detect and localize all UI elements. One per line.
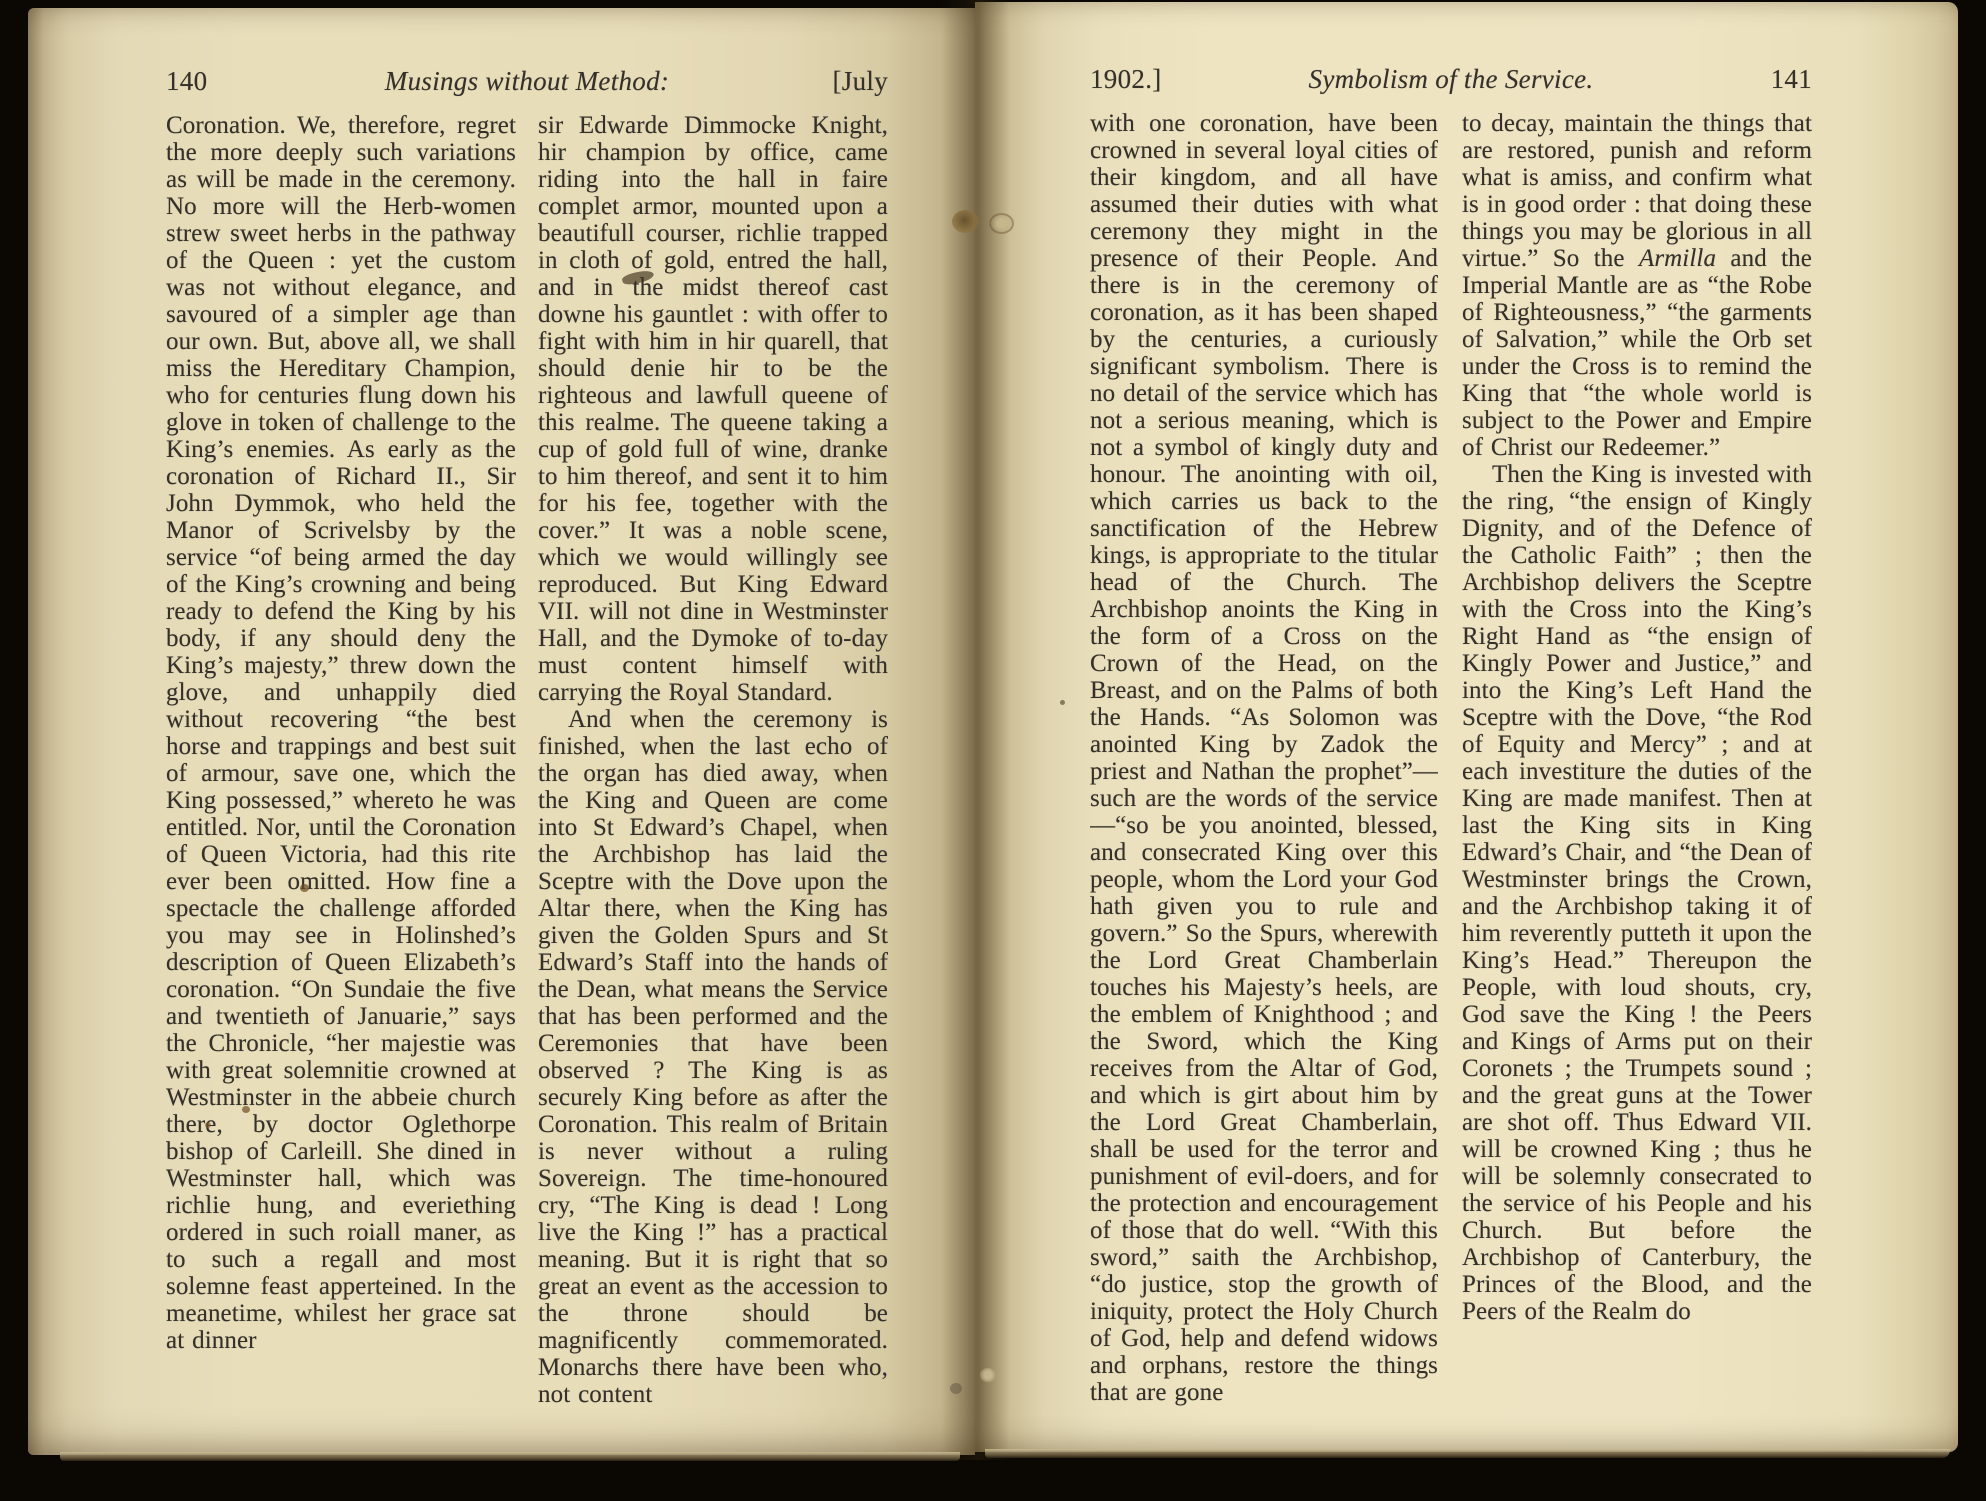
left-page: 140 Musings without Method: [July Corona… [28, 8, 975, 1455]
paragraph: And when the ceremony is finished, when … [538, 706, 888, 1408]
right-page-header: 1902.] Symbolism of the Service. 141 [1090, 64, 1812, 98]
right-column-2: to decay, maintain the things that are r… [1462, 110, 1812, 1446]
left-running-title: Musings without Method: [166, 66, 888, 97]
right-page-text: with one coronation, have been crowned i… [1090, 110, 1812, 1446]
right-page: 1902.] Symbolism of the Service. 141 wit… [975, 2, 1958, 1452]
left-column-1: Coronation. We, therefore, regret the mo… [166, 112, 516, 1448]
text-segment: and the Imperial Mantle are as “the Robe… [1462, 245, 1812, 461]
left-column-2: sir Edwarde Dimmocke Knight, hir champio… [538, 112, 888, 1448]
right-page-number: 141 [1771, 64, 1812, 95]
paragraph: Coronation. We, therefore, regret the mo… [166, 112, 516, 1354]
left-page-text: Coronation. We, therefore, regret the mo… [166, 112, 888, 1448]
paragraph: Then the King is invested with the ring,… [1462, 461, 1812, 1325]
right-running-title: Symbolism of the Service. [1090, 64, 1812, 95]
paragraph-continuation: sir Edwarde Dimmocke Knight, hir champio… [538, 112, 888, 706]
paragraph-continuation: with one coronation, have been crowned i… [1090, 110, 1438, 1406]
right-column-1: with one coronation, have been crowned i… [1090, 110, 1438, 1446]
month-marker: [July [833, 66, 889, 97]
paragraph-continuation: to decay, maintain the things that are r… [1462, 110, 1812, 461]
left-page-header: 140 Musings without Method: [July [166, 66, 888, 100]
italic-term-armilla: Armilla [1639, 245, 1716, 272]
